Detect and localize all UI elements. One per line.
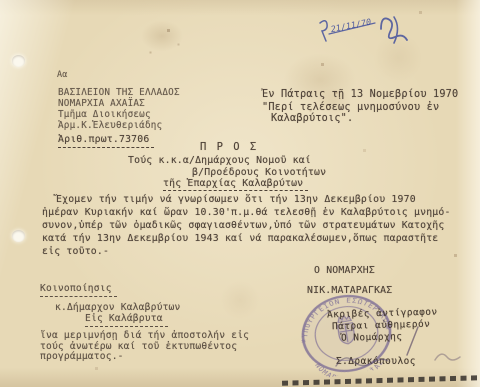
body-line-3: συνον,ὑπέρ τῶν ὁμαδικῶς σφαγιασθέντων,ὑπ… xyxy=(42,220,444,231)
cc-note-line-3: προγράμματος.- xyxy=(40,351,124,362)
cc-recipient: κ.Δήμαρχον Καλαβρύτων xyxy=(55,302,181,313)
punch-hole-bottom xyxy=(12,230,25,242)
paper-speckles xyxy=(0,0,1,1)
handwriting-tail-stroke xyxy=(394,17,398,43)
signature-scribble xyxy=(328,344,443,376)
certification-line-3: Ὁ Νομάρχης xyxy=(341,331,403,344)
handwritten-annotation: 21/11/70 xyxy=(298,8,424,54)
cc-place: Εἰς Καλάβρυτα xyxy=(85,313,168,327)
scanned-document-page: 21/11/70 Αα ΒΑΣΙΛΕΙΟΝ ΤΗΣ ΕΛΛΑΔΟΣ ΝΟΜΑΡΧ… xyxy=(0,0,480,387)
handwriting-flourish-stroke xyxy=(381,18,407,40)
punch-hole-top xyxy=(12,55,25,67)
to-heading: Π Ρ Ο Σ xyxy=(200,141,258,153)
body-line-5: εἰς τοῦτο.- xyxy=(42,246,109,257)
subject-line-1: "Περί τελέσεως μνημοσύνου ἐν xyxy=(262,102,439,113)
recipient-line-1: Τούς κ.κ.α/Δημάρχους Νομοῦ καί xyxy=(128,155,311,166)
letterhead-officer: Ἁρμ.Κ.Ἐλευθεριάδης xyxy=(58,120,162,131)
signature-title: Ο ΝΟΜΑΡΧΗΣ xyxy=(314,265,375,276)
archive-mark: Αα xyxy=(57,69,67,79)
letterhead-department: Τμῆμα Διοικήσεως xyxy=(58,109,151,120)
cc-note-line-1: ἵνα μεριμνήσῃ διά τήν ἀποστολήν εἰς xyxy=(40,330,249,341)
handwritten-date: 21/11/70 xyxy=(330,18,372,36)
cc-note-line-2: τούς ἀνωτέρω καί τοῦ ἐκτυπωθέντος xyxy=(40,341,237,352)
body-line-2: ἡμέραν Κυριακήν καί ὥραν 10.30'π.μ.θά τε… xyxy=(42,207,451,218)
body-line-1: Ἔχομεν τήν τιμήν νά γνωρίσωμεν ὅτι τήν 1… xyxy=(56,194,416,205)
protocol-number: Ἀριθ.πρωτ.73706 xyxy=(58,134,154,148)
dateline: Ἐν Πάτραις τῇ 13 Νομεβρίου 1970 xyxy=(262,89,458,100)
signature-scribble-stroke xyxy=(336,358,388,366)
cc-heading: Κοινοποίησις xyxy=(40,283,117,297)
recipient-line-2: β/Προέδρους Κοινοτήτων xyxy=(192,167,326,178)
body-line-4: κατά τήν 13ην Δεκεμβρίου 1943 καί νά παρ… xyxy=(42,233,438,244)
letterhead-prefecture: ΝΟΜΑΡΧΙΑ ΑΧΑΪΑΣ xyxy=(58,98,145,109)
subject-line-2: Καλαβρύτοις". xyxy=(271,113,353,124)
recipient-line-3: τῆς Ἐπαρχίας Καλαβρύτων xyxy=(163,178,308,192)
handwriting-initial-stroke xyxy=(320,21,327,41)
letterhead-country: ΒΑΣΙΛΕΙΟΝ ΤΗΣ ΕΛΛΑΔΟΣ xyxy=(58,87,180,98)
